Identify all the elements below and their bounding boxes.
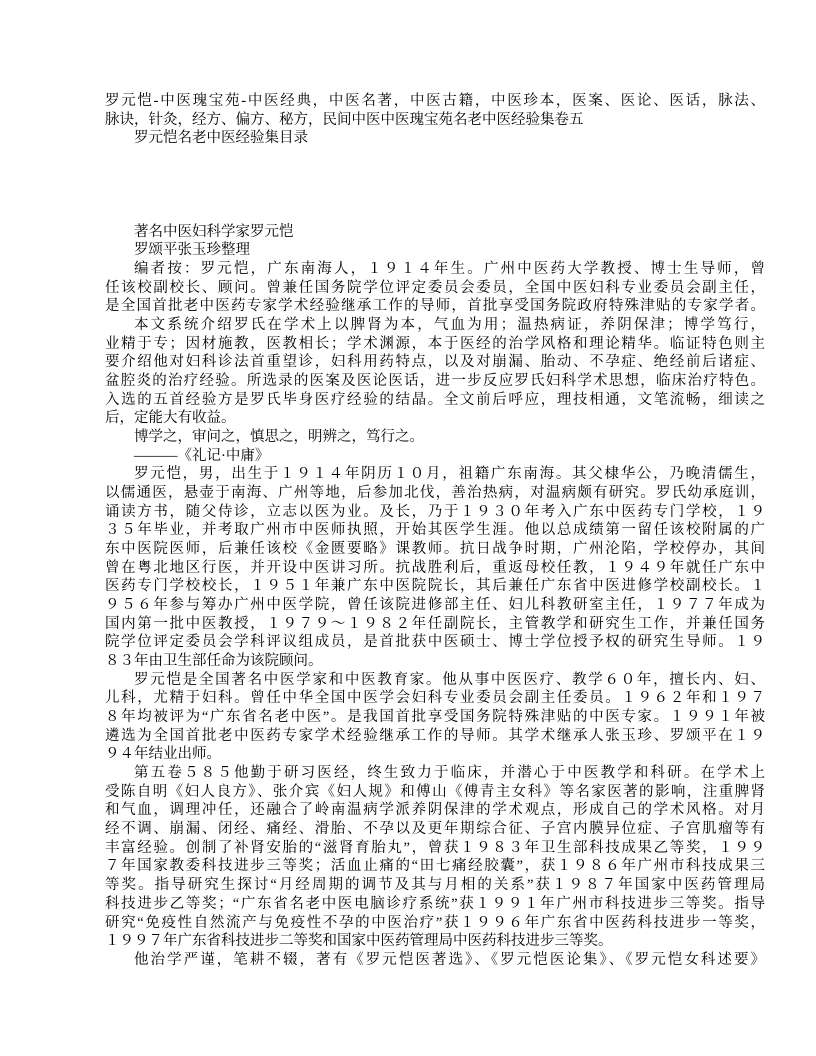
text-line: 罗颂平张玉珍整理: [105, 241, 765, 260]
text-line: 任该校副校长、顾问。曾兼任国务院学位评定委员会委员，全国中医妇科专业委员会副主任…: [105, 279, 765, 298]
text-line: 业精于专；因材施教，医教相长；学术渊源，本于医经的治学风格和理论精华。临证特色则…: [105, 335, 765, 354]
text-line: 经不调、崩漏、闭经、痛经、滑胎、不孕以及更年期综合征、子宫内膜异位症、子宫肌瘤等…: [105, 820, 765, 839]
text-line: 入选的五首经验方是罗氏毕身医疗经验的结晶。全文前后呼应，理技相通，文笔流畅，细读…: [105, 391, 765, 410]
text-line: 后，定能大有收益。: [105, 409, 765, 428]
text-line: ———《礼记·中庸》: [105, 447, 765, 466]
blank-line: [105, 185, 765, 204]
text-line: 他治学严谨，笔耕不辍，著有《罗元恺医著选》、《罗元恺医论集》、《罗元恺女科述要》: [105, 951, 765, 970]
text-line: 博学之，审问之，慎思之，明辨之，笃行之。: [105, 428, 765, 447]
text-line: 是全国首批老中医药专家学术经验继承工作的导师，首批享受国务院政府特殊津贴的专家学…: [105, 297, 765, 316]
text-line: ８３年由卫生部任命为该院顾问。: [105, 652, 765, 671]
text-line: 和气血，调理冲任，还融合了岭南温病学派养阴保津的学术观点，形成自己的学术风格。对…: [105, 801, 765, 820]
text-line: 著名中医妇科学家罗元恺: [105, 223, 765, 242]
text-line: 第五卷５８５他勤于研习医经，终生致力于临床，并潜心于中医教学和科研。在学术上: [105, 764, 765, 783]
text-line: 脉诀，针灸，经方、偏方、秘方，民间中医中医瑰宝苑名老中医经验集卷五: [105, 111, 765, 130]
text-line: 罗元恺，男，出生于１９１４年阴历１０月，祖籍广东南海。其父棣华公，乃晚清儒生，: [105, 465, 765, 484]
blank-line: [105, 148, 765, 167]
text-line: 编者按：罗元恺，广东南海人，１９１４年生。广州中医药大学教授、博士生导师，曾: [105, 260, 765, 279]
blank-line: [105, 167, 765, 186]
blank-line: [105, 204, 765, 223]
text-line: 以儒通医，悬壶于南海、广州等地，后参加北伐，善治热病，对温病颇有研究。罗氏幼承庭…: [105, 484, 765, 503]
text-line: 科技进步乙等奖；“广东省名老中医电脑诊疗系统”获１９９１年广州市科技进步三等奖。…: [105, 895, 765, 914]
text-line: 研究“免疫性自然流产与免疫性不孕的中医治疗”获１９９６年广东省中医药科技进步一等…: [105, 914, 765, 933]
text-line: 罗元恺是全国著名中医学家和中医教育家。他从事中医医疗、教学６０年，擅长内、妇、: [105, 671, 765, 690]
text-line: 等奖。指导研究生探讨“月经周期的调节及其与月相的关系”获１９８７年国家中医药管理…: [105, 876, 765, 895]
text-line: 盆腔炎的治疗经验。所选录的医案及医论医话，进一步反应罗氏妇科学术思想，临床治疗特…: [105, 372, 765, 391]
text-line: ３５年毕业，并考取广州市中医师执照，开始其医学生涯。他以总成绩第一留任该校附属的…: [105, 521, 765, 540]
text-line: 院学位评定委员会学科评议组成员，是首批获中医硕士、博士学位授予权的研究生导师。１…: [105, 633, 765, 652]
text-line: 本文系统介绍罗氏在学术上以脾肾为本，气血为用；温热病证，养阴保津；博学笃行，: [105, 316, 765, 335]
text-line: 国内第一批中医教授，１９７９～１９８２年任副院长，主管教学和研究生工作，并兼任国…: [105, 615, 765, 634]
text-line: 丰富经验。创制了补肾安胎的“滋肾育胎丸”，曾获１９８３年卫生部科技成果乙等奖，１…: [105, 839, 765, 858]
text-line: ９４年结业出师。: [105, 745, 765, 764]
text-line: 受陈自明《妇人良方》、张介宾《妇人规》和傅山《傅青主女科》等名家医著的影响，注重…: [105, 783, 765, 802]
text-line: ７年国家教委科技进步三等奖；活血止痛的“田七痛经胶囊”，获１９８６年广州市科技成…: [105, 857, 765, 876]
text-line: ８年均被评为“广东省名老中医”。是我国首批享受国务院特殊津贴的中医专家。１９９１…: [105, 708, 765, 727]
text-line: 要介绍他对妇科诊法首重望诊，妇科用药特点，以及对崩漏、胎动、不孕症、绝经前后诸症…: [105, 353, 765, 372]
text-line: ９５６年参与筹办广州中医学院，曾任该院进修部主任、妇儿科教研室主任，１９７７年成…: [105, 596, 765, 615]
text-line: 诵读方书，随父侍诊，立志以医为业。及长，乃于１９３０年考入广东中医药专门学校，１…: [105, 503, 765, 522]
document-page: 罗元恺-中医瑰宝苑-中医经典，中医名著，中医古籍，中医珍本，医案、医论、医话，脉…: [0, 0, 816, 1056]
text-line: 遴选为全国首批老中医药专家学术经验继承工作的导师。其学术继承人张玉珍、罗颂平在１…: [105, 727, 765, 746]
text-line: 罗元恺名老中医经验集目录: [105, 129, 765, 148]
text-line: 曾在粤北地区行医，并开设中医讲习所。抗战胜利后，重返母校任教，１９４９年就任广东…: [105, 559, 765, 578]
text-line: １９９７年广东省科技进步二等奖和国家中医药管理局中医药科技进步三等奖。: [105, 932, 765, 951]
text-line: 东中医院医师，后兼任该校《金匮要略》课教师。抗日战争时期，广州沦陷，学校停办，其…: [105, 540, 765, 559]
text-line: 医药专门学校校长，１９５１年兼广东中医院院长，其后兼任广东省中医进修学校副校长。…: [105, 577, 765, 596]
text-line: 儿科，尤精于妇科。曾任中华全国中医学会妇科专业委员会副主任委员。１９６２年和１９…: [105, 689, 765, 708]
text-block: 罗元恺-中医瑰宝苑-中医经典，中医名著，中医古籍，中医珍本，医案、医论、医话，脉…: [105, 92, 765, 970]
text-line: 罗元恺-中医瑰宝苑-中医经典，中医名著，中医古籍，中医珍本，医案、医论、医话，脉…: [105, 92, 765, 111]
